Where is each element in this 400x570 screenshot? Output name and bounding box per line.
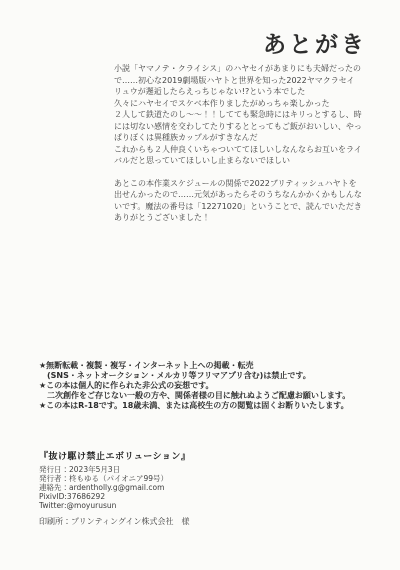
book-title: 『抜け駆け禁止エボリューション』 [39,453,339,462]
afterword-page: あとがき 小説「ヤマノテ・クライシス」のハヤセイがあまりにも夫婦だったので……初… [0,0,400,570]
notices-section: ★無断転載・複製・複写・インターネット上への掲載・転売 (SNS・ネットオークシ… [39,361,371,411]
afterword-body: 小説「ヤマノテ・クライシス」のハヤセイがあまりにも夫婦だったので……初心な201… [114,63,362,224]
notice-line: 二次創作をご存じない一般の方や、関係者様の目に触れぬようご配慮お願いします。 [39,391,371,401]
colophon-section: 『抜け駆け禁止エボリューション』 発行日：2023年5月3日 発行者：柊もゆる（… [39,453,339,510]
notice-line: ★この本は個人的に作られた非公式の妄想です。 [39,381,371,391]
notice-line: ★この本はR-18です。18歳未満、または高校生の方の閲覧は固くお断りいたします… [39,401,371,411]
afterword-paragraph: 久々にハヤセイでスケベ本作りましたがめっちゃ楽しかった [114,98,362,110]
afterword-paragraph: これからも２人仲良くいちゃついててほしいしなんならお互いをライバルだと思っていて… [114,144,362,167]
printer-line: 印刷所：プリンティングイン株式会社 様 [39,516,189,527]
notice-line: ★無断転載・複製・複写・インターネット上への掲載・転売 [39,361,371,371]
colophon-line-twitter-handle: Twitter:@moyurusun [39,501,339,510]
colophon-line-publish-date: 発行日：2023年5月3日 [39,465,339,474]
page-title: あとがき [263,26,367,59]
notice-line: (SNS・ネットオークション・メルカリ等フリマアプリ含む)は禁止です。 [39,371,371,381]
afterword-paragraph: あとこの本作業スケジュールの関係で2022ブリティッシュハヤトを出せんかったので… [114,178,362,224]
afterword-paragraph: 小説「ヤマノテ・クライシス」のハヤセイがあまりにも夫婦だったので……初心な201… [114,63,362,98]
colophon-line-contact-email: 連絡先：ardentholly.g@gmail.com [39,483,339,492]
colophon-line-pixiv-id: PixivID:37686292 [39,492,339,501]
afterword-paragraph: ２人して鉄道たのし〜〜！！してても緊急時にはキリっとするし、時には切ない感情を交… [114,109,362,144]
colophon-line-publisher: 発行者：柊もゆる（パイオニア99号） [39,474,339,483]
